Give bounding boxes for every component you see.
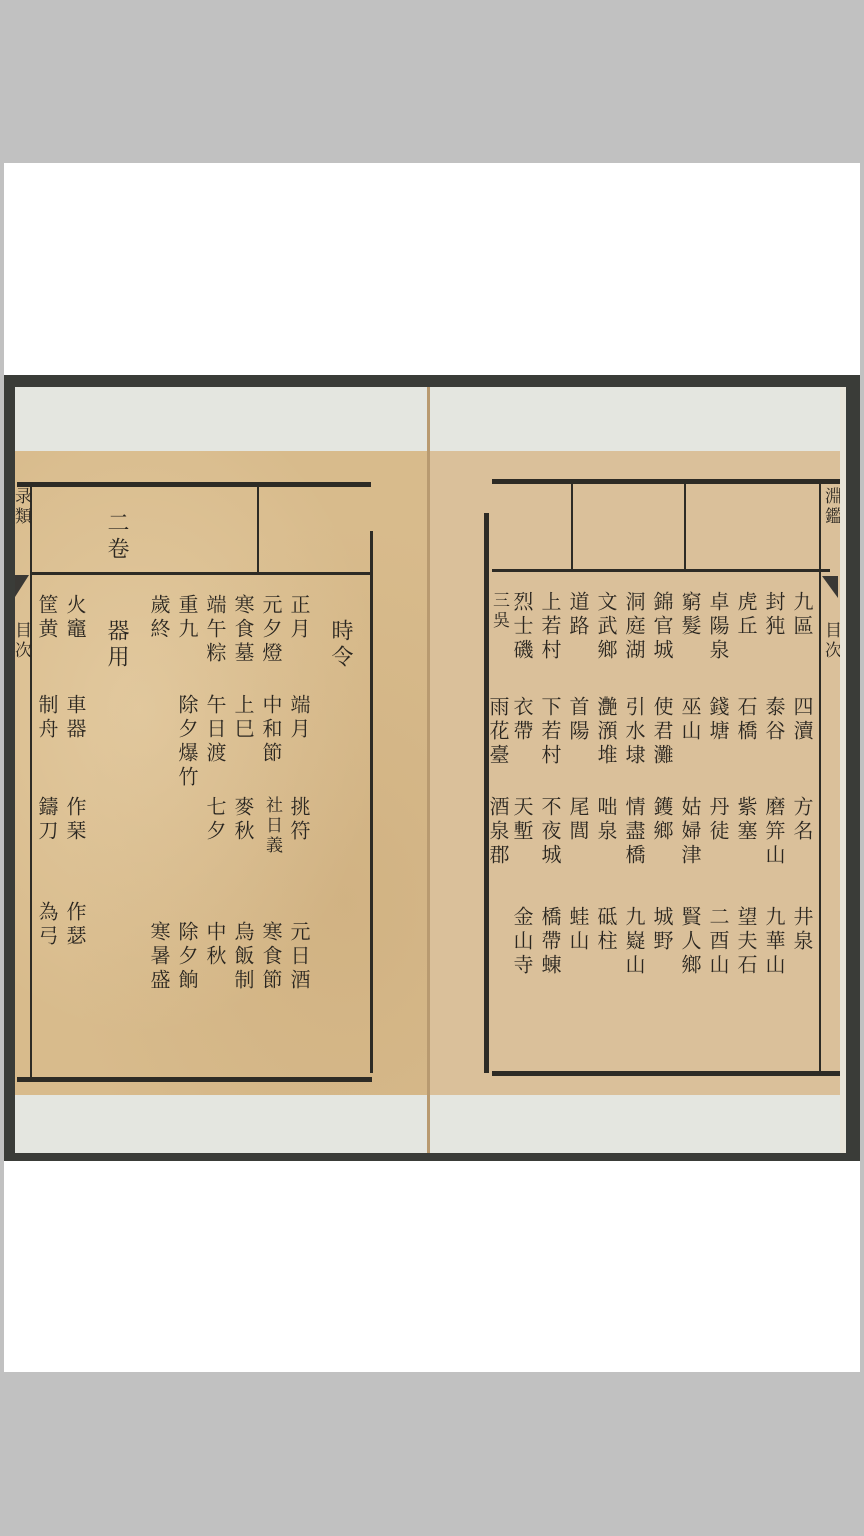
entry: 城野 <box>652 906 672 954</box>
entry: 制舟 <box>37 694 57 742</box>
entry: 酒泉郡 <box>488 796 508 868</box>
entry: 寒食墓 <box>233 594 253 666</box>
bottom-border <box>492 1071 840 1076</box>
entry: 情盡橋 <box>624 796 644 868</box>
entry: 灔澦堆 <box>596 696 616 768</box>
right-fore-edge <box>840 387 846 1153</box>
right-margin-lower: 目次 <box>822 621 839 661</box>
entry: 尾閭 <box>568 796 588 844</box>
entry: 車器 <box>65 694 85 742</box>
top-border <box>492 479 840 484</box>
entry: 烏飯制 <box>233 921 253 993</box>
entry: 上巳 <box>233 694 253 742</box>
left-page: 录類 目次 二卷 時令 正月 端月 挑符 元日酒 元夕燈 中和節 社日義 寒食節… <box>15 387 428 1153</box>
entry: 石橋 <box>736 696 756 744</box>
entry: 麥秋 <box>233 796 253 844</box>
entry: 使君灘 <box>652 696 672 768</box>
entry: 作琹 <box>65 796 85 844</box>
entry: 端午粽 <box>205 594 225 666</box>
entry: 中和節 <box>261 694 281 766</box>
entry: 不夜城 <box>540 796 560 868</box>
entry: 橋帶蝀 <box>540 906 560 978</box>
entry: 九華山 <box>764 906 784 978</box>
entry: 作瑟 <box>65 901 85 949</box>
right-bottom-margin <box>430 1095 840 1153</box>
left-inner-border <box>30 487 32 1077</box>
entry: 砥柱 <box>596 906 616 954</box>
entry: 衣帶 <box>512 696 532 744</box>
right-inner-border <box>819 484 821 1074</box>
right-margin-label: 淵鑑 <box>822 487 839 527</box>
entry: 寒食節 <box>261 921 281 993</box>
entry: 丹徒 <box>708 796 728 844</box>
header-cell-divider <box>257 487 259 572</box>
entry: 中秋 <box>205 921 225 969</box>
left-margin-label: 录類 <box>12 487 29 527</box>
entry: 姑婦津 <box>680 796 700 868</box>
entry: 賢人鄉 <box>680 906 700 978</box>
entry: 封㹠 <box>764 591 784 639</box>
entry: 重九 <box>177 594 197 642</box>
entry: 烈士磯 <box>512 591 532 663</box>
entry: 七夕 <box>205 796 225 844</box>
entry: 雨花臺 <box>488 696 508 768</box>
entry: 二酉山 <box>708 906 728 978</box>
fishtail-mark-icon <box>15 575 29 597</box>
left-bottom-margin <box>15 1095 428 1153</box>
entry: 文武鄉 <box>596 591 616 663</box>
entry: 端月 <box>289 694 309 742</box>
entry: 紫塞 <box>736 796 756 844</box>
left-top-margin <box>15 387 428 453</box>
fishtail-mark-icon <box>822 576 838 598</box>
section-heading-tools: 器用 <box>105 619 127 671</box>
entry: 九嶷山 <box>624 906 644 978</box>
entry: 午日渡 <box>205 694 225 766</box>
header-cell-divider-2 <box>684 484 686 569</box>
entry: 火竈 <box>65 594 85 642</box>
entry: 虎丘 <box>736 591 756 639</box>
entry: 金山寺 <box>512 906 532 978</box>
entry: 九區 <box>792 591 812 639</box>
right-border <box>370 531 373 1073</box>
entry: 除夕餉 <box>177 921 197 993</box>
right-page: 淵鑑 目次 九區 四瀆 方名 井泉 封㹠 泰谷 磨笄山 九華山 虎丘 石橋 紫塞… <box>430 387 840 1153</box>
entry: 卓陽泉 <box>708 591 728 663</box>
left-margin-lower: 目次 <box>12 621 29 661</box>
entry: 筐黄 <box>37 594 57 642</box>
viewer-background: { "viewer": { "background_color": "#c1c1… <box>0 0 864 1536</box>
entry: 首陽 <box>568 696 588 744</box>
volume-label: 二卷 <box>105 511 127 563</box>
entry: 蛙山 <box>568 906 588 954</box>
bottom-border <box>17 1077 372 1082</box>
entry: 為弓 <box>37 901 57 949</box>
entry: 望夫石 <box>736 906 756 978</box>
header-cell-divider-1 <box>571 484 573 569</box>
entry: 挑符 <box>289 796 309 844</box>
entry: 道路 <box>568 591 588 639</box>
entry: 上若村 <box>540 591 560 663</box>
right-top-margin <box>430 387 840 453</box>
entry: 井泉 <box>792 906 812 954</box>
entry: 三吳 <box>490 591 507 631</box>
entry: 元日酒 <box>289 921 309 993</box>
entry: 泰谷 <box>764 696 784 744</box>
entry: 鑄刀 <box>37 796 57 844</box>
entry: 歲終 <box>149 594 169 642</box>
left-leaf: 录類 目次 二卷 時令 正月 端月 挑符 元日酒 元夕燈 中和節 社日義 寒食節… <box>15 451 428 1097</box>
entry: 引水埭 <box>624 696 644 768</box>
entry: 除夕爆竹 <box>177 694 197 790</box>
entry: 洞庭湖 <box>624 591 644 663</box>
entry: 咄泉 <box>596 796 616 844</box>
entry: 錢塘 <box>708 696 728 744</box>
entry: 正月 <box>289 594 309 642</box>
top-border <box>17 482 371 487</box>
entry: 磨笄山 <box>764 796 784 868</box>
entry: 下若村 <box>540 696 560 768</box>
section-heading-time: 時令 <box>329 619 351 671</box>
entry: 天塹 <box>512 796 532 844</box>
entry: 方名 <box>792 796 812 844</box>
entry: 社日義 <box>263 796 280 856</box>
entry: 四瀆 <box>792 696 812 744</box>
entry: 窮髮 <box>680 591 700 639</box>
header-divider <box>492 569 830 572</box>
entry: 元夕燈 <box>261 594 281 666</box>
entry: 錦官城 <box>652 591 672 663</box>
right-leaf: 淵鑑 目次 九區 四瀆 方名 井泉 封㹠 泰谷 磨笄山 九華山 虎丘 石橋 紫塞… <box>430 451 840 1097</box>
entry: 鑊鄉 <box>652 796 672 844</box>
entry: 寒暑盛 <box>149 921 169 993</box>
header-divider <box>30 572 372 575</box>
entry: 巫山 <box>680 696 700 744</box>
